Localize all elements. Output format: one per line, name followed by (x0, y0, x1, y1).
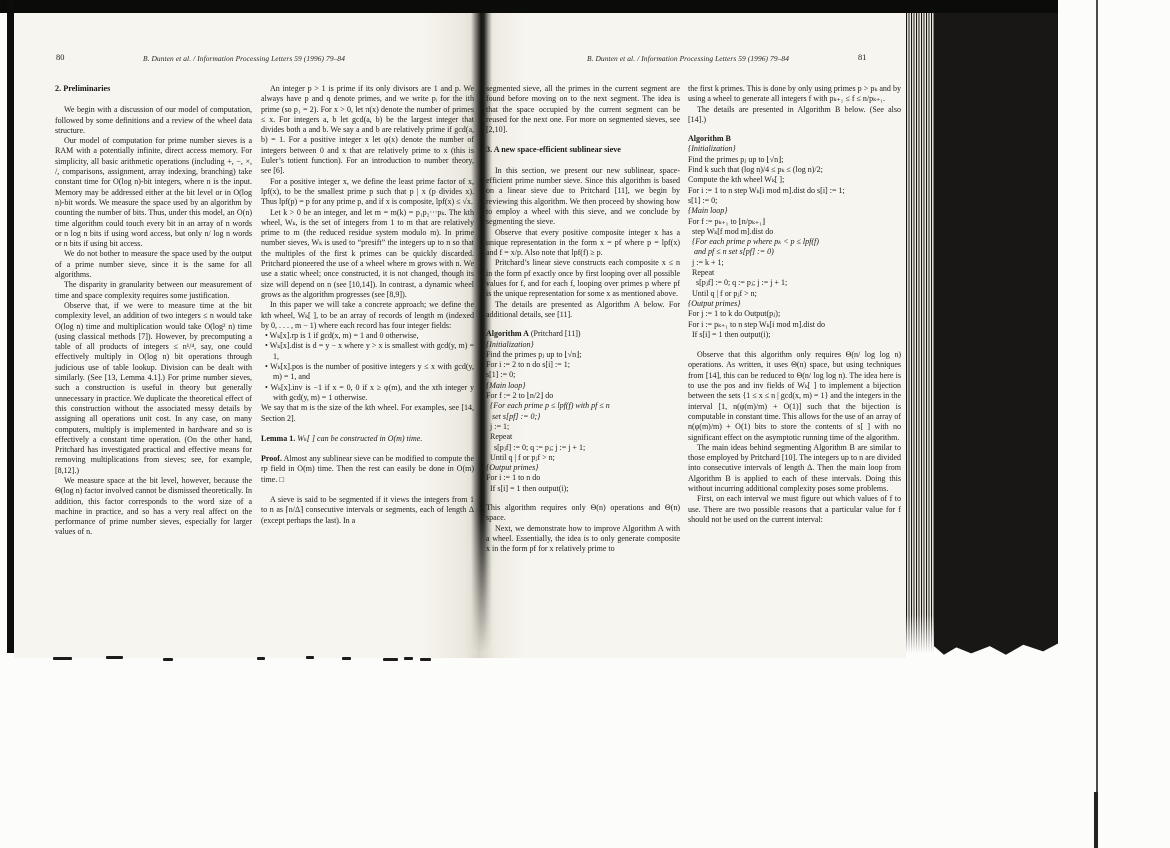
proof-label: Proof. (261, 454, 282, 463)
algorithm-b-line: If s[i] = 1 then output(i); (688, 330, 901, 340)
page-number-right: 81 (858, 53, 866, 62)
algorithm-a-line: Repeat (486, 432, 680, 442)
scan-vertical-line-foot (1094, 792, 1098, 848)
section-heading-new-sieve: 3. A new space-efficient sublinear sieve (486, 145, 680, 155)
page-80-column-1: 2. Preliminaries We begin with a discuss… (55, 84, 252, 538)
algorithm-b-line: Find k such that (log n)/4 ≤ pₖ ≤ (log n… (688, 165, 901, 175)
page-80: 80 B. Dunten et al. / Information Proces… (14, 12, 478, 658)
paragraph: An integer p > 1 is prime if its only di… (261, 84, 474, 177)
algorithm-a-line: Until q | f or pⱼf > n; (486, 453, 680, 463)
paragraph: Pritchard’s linear sieve constructs each… (486, 258, 680, 299)
paragraph: We measure space at the bit level, howev… (55, 476, 252, 538)
algorithm-a-line: Find the primes pⱼ up to ⌊√n⌋; (486, 350, 680, 360)
algorithm-b-line: {Output primes} (688, 299, 901, 309)
wheel-field-bullet: • Wₖ[x].rp is 1 if gcd(x, m) = 1 and 0 o… (261, 331, 474, 341)
wheel-field-bullet: • Wₖ[x].inv is −1 if x = 0, 0 if x ≥ φ(m… (261, 383, 474, 404)
paragraph: This algorithm requires only Θ(n) operat… (486, 503, 680, 524)
page-edge-mark (342, 657, 351, 660)
page-81: B. Dunten et al. / Information Processin… (478, 12, 906, 658)
paragraph: The disparity in granularity between our… (55, 280, 252, 301)
algorithm-a-line: s[1] := 0; (486, 370, 680, 380)
algorithm-b-line: {Main loop} (688, 206, 901, 216)
paragraph: the first k primes. This is done by only… (688, 84, 901, 105)
algorithm-b-line: {For each prime p where pₖ < p ≤ lpf(f) (688, 237, 901, 247)
algorithm-b-line: Until q | f or pⱼf > n; (688, 289, 901, 299)
page-edge-mark (306, 656, 314, 659)
paragraph: For a positive integer x, we define the … (261, 177, 474, 208)
paragraph: The details are presented in Algorithm B… (688, 105, 901, 126)
scanned-book-photo: 80 B. Dunten et al. / Information Proces… (0, 0, 1170, 848)
proof-block: Proof. Almost any sublinear sieve can be… (261, 454, 474, 485)
algorithm-b: Algorithm B {Initialization} Find the pr… (688, 134, 901, 340)
page-edge-mark (420, 658, 431, 661)
algorithm-b-line: For i := pₖ₊₁ to n step Wₖ[i mod m].dist… (688, 320, 901, 330)
algorithm-b-line: j := k + 1; (688, 258, 901, 268)
page-number-left: 80 (56, 53, 64, 62)
paragraph: The main ideas behind segmenting Algorit… (688, 443, 901, 494)
scan-left-strip (7, 0, 14, 653)
algorithm-a-line: For i := 2 to n do s[i] := 1; (486, 360, 680, 370)
algorithm-a-line: j := 1; (486, 422, 680, 432)
lemma-text: Wₖ[ ] can be constructed in O(m) time. (295, 434, 422, 443)
paragraph: First, on each interval we must figure o… (688, 494, 901, 525)
algorithm-a-line: {Output primes} (486, 463, 680, 473)
algorithm-b-line: and pf ≤ n set s[pf] := 0) (688, 247, 901, 257)
algorithm-a-line: {Initialization} (486, 340, 680, 350)
algorithm-b-line: Find the primes pⱼ up to ⌊√n⌋; (688, 155, 901, 165)
page-80-header: 80 B. Dunten et al. / Information Proces… (14, 54, 478, 66)
paragraph: In this paper we will take a concrete ap… (261, 300, 474, 331)
book-gutter-shadow (471, 10, 492, 652)
page-edge-mark (163, 658, 173, 661)
algorithm-b-line: s[pⱼf] := 0; q := pⱼ; j := j + 1; (688, 278, 901, 288)
algorithm-a-attribution: (Pritchard [11]) (529, 329, 581, 338)
paragraph: We begin with a discussion of our model … (55, 105, 252, 136)
paragraph: Observe that, if we were to measure time… (55, 301, 252, 476)
paragraph: The details are presented as Algorithm A… (486, 300, 680, 321)
algorithm-b-line: Repeat (688, 268, 901, 278)
page-80-column-2: An integer p > 1 is prime if its only di… (261, 84, 474, 526)
page-edge-mark (404, 657, 413, 660)
lemma-label: Lemma 1. (261, 434, 295, 443)
scan-black-margin (934, 0, 1058, 662)
algorithm-a-line: {For each prime p ≤ lpf(f) with pf ≤ n (486, 401, 680, 411)
algorithm-a-line: {Main loop} (486, 381, 680, 391)
algorithm-a-label: Algorithm A (486, 329, 529, 338)
algorithm-b-line: For j := 1 to k do Output(pⱼ); (688, 309, 901, 319)
algorithm-a: Algorithm A (Pritchard [11]) {Initializa… (486, 329, 680, 494)
paragraph: Let k > 0 be an integer, and let m = m(k… (261, 208, 474, 301)
paragraph: Our model of computation for prime numbe… (55, 136, 252, 249)
page-edge-mark (257, 657, 265, 660)
algorithm-a-line: For f := 2 to ⌊n/2⌋ do (486, 391, 680, 401)
scan-top-band (0, 0, 1058, 13)
page-81-column-1: segmented sieve, all the primes in the c… (486, 84, 680, 554)
algorithm-a-title: Algorithm A (Pritchard [11]) (486, 329, 680, 339)
algorithm-a-line: s[pⱼf] := 0; q := pⱼ; j := j + 1; (486, 443, 680, 453)
algorithm-b-line: {Initialization} (688, 144, 901, 154)
wheel-field-bullet: • Wₖ[x].dist is d = y − x where y > x is… (261, 341, 474, 362)
algorithm-a-line: If s[i] = 1 then output(i); (486, 484, 680, 494)
algorithm-b-title: Algorithm B (688, 134, 901, 144)
scan-vertical-line (1096, 0, 1098, 848)
paragraph: We do not bother to measure the space us… (55, 249, 252, 280)
page-81-header: B. Dunten et al. / Information Processin… (478, 54, 906, 66)
paragraph: In this section, we present our new subl… (486, 166, 680, 228)
page-edge-mark (106, 656, 123, 659)
paragraph: Next, we demonstrate how to improve Algo… (486, 524, 680, 555)
wheel-field-bullet: • Wₖ[x].pos is the number of positive in… (261, 362, 474, 383)
lemma-1: Lemma 1. Wₖ[ ] can be constructed in O(m… (261, 434, 474, 444)
page-81-column-2: the first k primes. This is done by only… (688, 84, 901, 525)
section-heading-preliminaries: 2. Preliminaries (55, 84, 252, 94)
paragraph: We say that m is the size of the kth whe… (261, 403, 474, 424)
paragraph: Observe that this algorithm only require… (688, 350, 901, 443)
page-edge-mark (53, 657, 72, 660)
algorithm-b-line: step Wₖ[f mod m].dist do (688, 227, 901, 237)
paragraph: A sieve is said to be segmented if it vi… (261, 495, 474, 526)
page-edge-mark (383, 658, 398, 661)
paragraph: Observe that every positive composite in… (486, 228, 680, 259)
algorithm-b-line: Compute the kth wheel Wₖ[ ]; (688, 175, 901, 185)
running-title-right: B. Dunten et al. / Information Processin… (538, 54, 838, 63)
algorithm-b-line: For i := 1 to n step Wₖ[i mod m].dist do… (688, 186, 901, 196)
page-edge-streaks (906, 13, 934, 653)
proof-text: Almost any sublinear sieve can be modifi… (261, 454, 474, 484)
algorithm-a-line: For i := 1 to n do (486, 473, 680, 483)
running-title-left: B. Dunten et al. / Information Processin… (94, 54, 394, 63)
paragraph: segmented sieve, all the primes in the c… (486, 84, 680, 135)
algorithm-a-line: set s[pf] := 0;} (486, 412, 680, 422)
algorithm-b-line: s[1] := 0; (688, 196, 901, 206)
algorithm-b-line: For f := pₖ₊₁ to ⌊n/pₖ₊₁⌋ (688, 217, 901, 227)
